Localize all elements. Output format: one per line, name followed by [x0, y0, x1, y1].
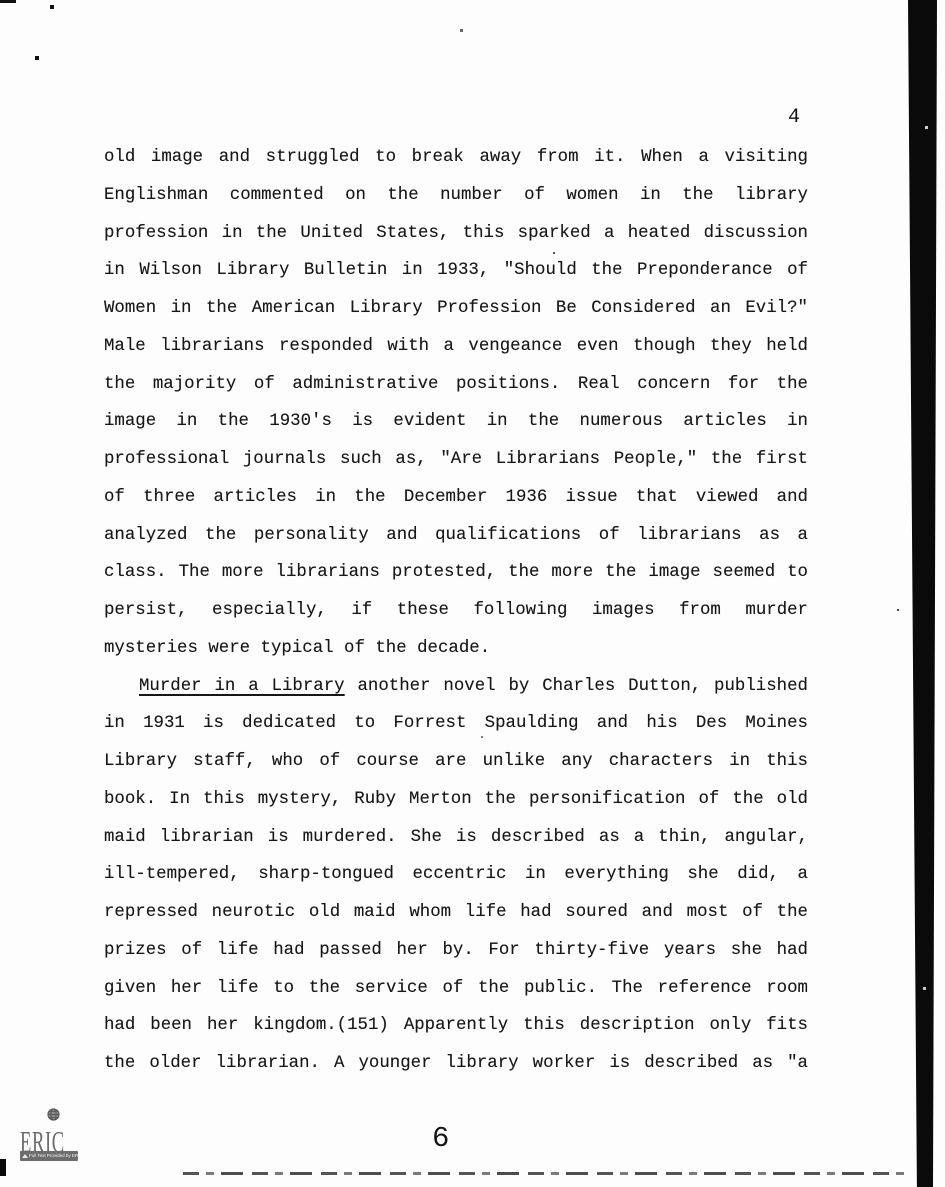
text-line: maid librarian is murdered. She is descr… [104, 819, 808, 857]
text-line: Women in the American Library Profession… [104, 290, 808, 328]
scan-speck [50, 5, 54, 9]
scan-speck [923, 987, 926, 990]
scan-edge-strip-right [905, 0, 940, 1187]
text-line: of three articles in the December 1936 i… [104, 479, 808, 517]
text-line: professional journals such as, "Are Libr… [104, 441, 808, 479]
text-line: the older librarian. A younger library w… [104, 1045, 808, 1083]
text-line: had been her kingdom.(151) Apparently th… [104, 1007, 808, 1045]
scanned-document-page: 4 old image and struggled to break away … [0, 0, 945, 1187]
page-number-bottom: 6 [432, 1122, 449, 1155]
text-line: Englishman commented on the number of wo… [104, 177, 808, 215]
text-line: repressed neurotic old maid whom life ha… [104, 894, 808, 932]
text-line: the majority of administrative positions… [104, 366, 808, 404]
text-line: old image and struggled to break away fr… [104, 139, 808, 177]
text-line: in Wilson Library Bulletin in 1933, "Sho… [104, 252, 808, 290]
text-line: prizes of life had passed her by. For th… [104, 932, 808, 970]
scan-speck [925, 126, 928, 129]
globe-icon [47, 1108, 60, 1121]
scan-mark-bottom-left [0, 1159, 6, 1176]
text-line: Murder in a Library another novel by Cha… [104, 668, 808, 706]
page-number-top: 4 [788, 106, 800, 129]
text-line: class. The more librarians protested, th… [104, 554, 808, 592]
text-line: ill-tempered, sharp-tongued eccentric in… [104, 856, 808, 894]
text-line: given her life to the service of the pub… [104, 970, 808, 1008]
text-line: profession in the United States, this sp… [104, 215, 808, 253]
text-line: in 1931 is dedicated to Forrest Spauldin… [104, 705, 808, 743]
text-line: Library staff, who of course are unlike … [104, 743, 808, 781]
scan-smudge-top-left [0, 0, 16, 3]
text-line: book. In this mystery, Ruby Merton the p… [104, 781, 808, 819]
eric-logo: ERIC Full Text Provided by ERIC [20, 1108, 82, 1166]
text-line: Male librarians responded with a vengean… [104, 328, 808, 366]
text-line: persist, especially, if these following … [104, 592, 808, 630]
text-line: image in the 1930's is evident in the nu… [104, 403, 808, 441]
scan-speck [35, 56, 39, 60]
underlined-book-title: Murder in a Library [139, 677, 345, 696]
scan-speck [460, 29, 463, 32]
text-block: old image and struggled to break away fr… [104, 139, 808, 1083]
eric-tagline-text: Full Text Provided by ERIC [29, 1153, 78, 1158]
text-line: analyzed the personality and qualificati… [104, 517, 808, 555]
eric-arrow-icon [22, 1154, 28, 1158]
eric-tagline: Full Text Provided by ERIC [20, 1151, 78, 1161]
scan-bottom-edge-dashes [183, 1172, 907, 1175]
scan-speck [897, 609, 899, 611]
text-line: mysteries were typical of the decade. [104, 630, 808, 668]
